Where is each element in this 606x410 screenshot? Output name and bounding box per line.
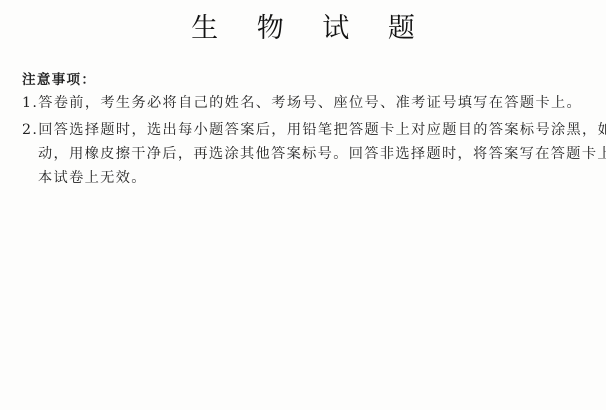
notice-heading: 注意事项： [22, 68, 96, 88]
exam-page: 生 物 试 题 注意事项： 1.答卷前，考生务必将自己的姓名、考场号、座位号、准… [0, 0, 606, 410]
page-title: 生 物 试 题 [0, 6, 606, 45]
notice-item-1: 1.答卷前，考生务必将自己的姓名、考场号、座位号、准考证号填写在答题卡上。 [22, 92, 582, 112]
notice-item-2-cont: 动，用橡皮擦干净后，再选涂其他答案标号。回答非选择题时，将答案写在答题卡上，写在 [38, 143, 606, 163]
notice-item-2-end: 本试卷上无效。 [38, 167, 147, 187]
notice-item-2: 2.回答选择题时，选出每小题答案后，用铅笔把答题卡上对应题目的答案标号涂黑，如需… [22, 119, 606, 139]
